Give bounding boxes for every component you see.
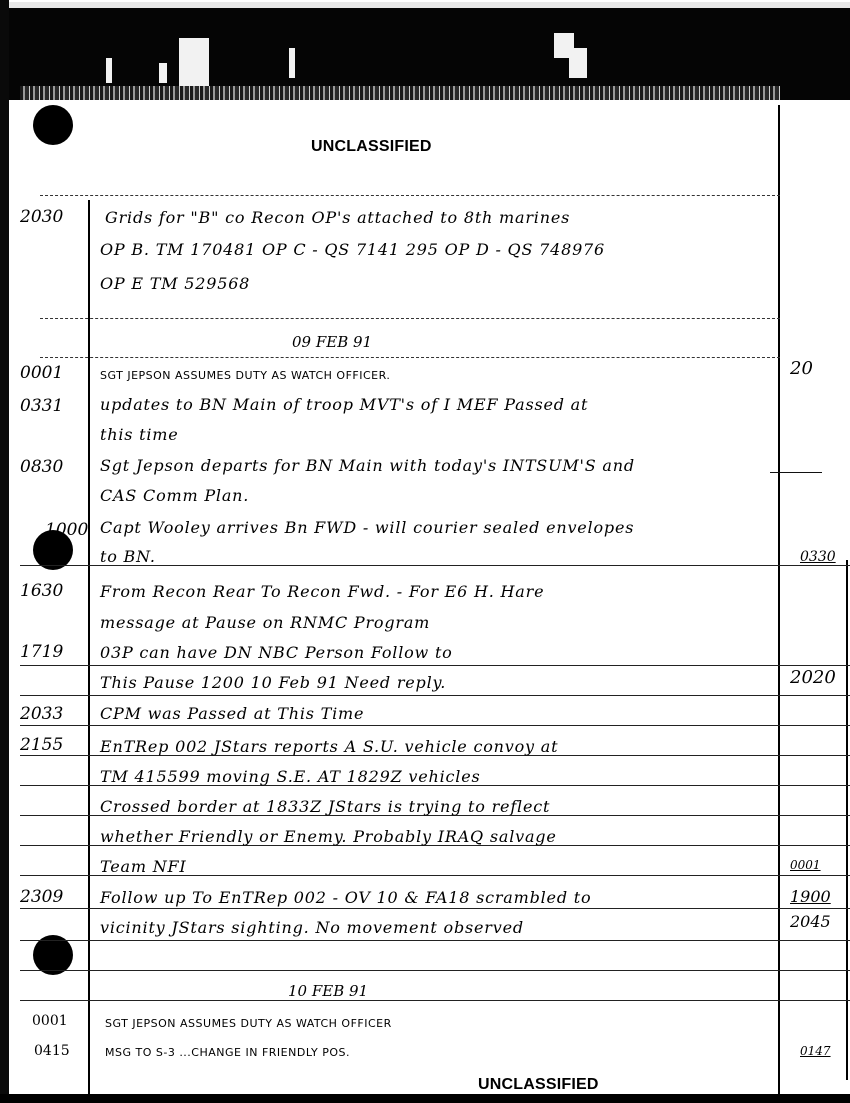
margin-note: 0330 bbox=[800, 549, 836, 565]
date-heading: 10 FEB 91 bbox=[288, 982, 368, 1000]
entry-text: Crossed border at 1833Z JStars is trying… bbox=[100, 797, 550, 816]
margin-note: 0147 bbox=[800, 1044, 831, 1058]
date-heading: 09 FEB 91 bbox=[292, 333, 372, 351]
ruled-line bbox=[20, 970, 850, 971]
entry-text: updates to BN Main of troop MVT's of I M… bbox=[100, 395, 588, 414]
ruled-line bbox=[20, 665, 850, 666]
ruled-line bbox=[20, 940, 850, 941]
entry-time: 1630 bbox=[20, 581, 63, 601]
classification-bottom: UNCLASSIFIED bbox=[478, 1076, 599, 1094]
entry-text: Team NFI bbox=[100, 857, 187, 876]
scan-left-edge bbox=[0, 0, 9, 1103]
entry-time: 2309 bbox=[20, 887, 63, 907]
ruled-line bbox=[40, 195, 780, 196]
entry-time: 1000 bbox=[45, 520, 88, 540]
classification-top: UNCLASSIFIED bbox=[311, 138, 432, 156]
entry-text: Sgt Jepson departs for BN Main with toda… bbox=[100, 456, 635, 475]
entry-text: MSG TO S-3 ...CHANGE IN FRIENDLY POS. bbox=[105, 1046, 350, 1059]
ruled-line bbox=[20, 908, 850, 909]
entry-time: 2155 bbox=[20, 735, 63, 755]
time-column-divider bbox=[88, 200, 90, 1094]
entry-time: 2033 bbox=[20, 704, 63, 724]
entry-time: 0001 bbox=[32, 1013, 68, 1029]
entry-text: OP E TM 529568 bbox=[100, 274, 250, 293]
ruled-line bbox=[20, 725, 850, 726]
ruled-line bbox=[40, 318, 780, 319]
ruled-line bbox=[20, 695, 850, 696]
punch-hole-top bbox=[33, 105, 73, 145]
entry-text: SGT JEPSON ASSUMES DUTY AS WATCH OFFICER… bbox=[100, 369, 390, 382]
entry-text: vicinity JStars sighting. No movement ob… bbox=[100, 918, 524, 937]
margin-note: 2020 bbox=[790, 667, 836, 688]
entry-text: to BN. bbox=[100, 547, 156, 566]
entry-text: CAS Comm Plan. bbox=[100, 486, 249, 505]
page-right-border bbox=[846, 560, 848, 1080]
entry-text: TM 415599 moving S.E. AT 1829Z vehicles bbox=[100, 767, 480, 786]
entry-text: Grids for "B" co Recon OP's attached to … bbox=[105, 208, 570, 227]
entry-text: message at Pause on RNMC Program bbox=[100, 613, 430, 632]
entry-time: 0331 bbox=[20, 396, 63, 416]
margin-note: 20 bbox=[790, 358, 813, 379]
scan-band-noise bbox=[20, 86, 780, 100]
entry-text: Capt Wooley arrives Bn FWD - will courie… bbox=[100, 518, 634, 537]
entry-time: 2030 bbox=[20, 207, 63, 227]
entry-time: 1719 bbox=[20, 642, 63, 662]
entry-text: this time bbox=[100, 425, 179, 444]
ruled-line bbox=[40, 357, 780, 358]
punch-hole-bottom bbox=[33, 935, 73, 975]
entry-text: From Recon Rear To Recon Fwd. - For E6 H… bbox=[100, 582, 544, 601]
entry-text: OP B. TM 170481 OP C - QS 7141 295 OP D … bbox=[100, 240, 605, 259]
entry-text: EnTRep 002 JStars reports A S.U. vehicle… bbox=[100, 737, 558, 756]
ruled-line bbox=[20, 1000, 850, 1001]
margin-note: 0001 bbox=[790, 858, 821, 872]
entry-text: SGT JEPSON ASSUMES DUTY AS WATCH OFFICER bbox=[105, 1017, 392, 1030]
entry-text: whether Friendly or Enemy. Probably IRAQ… bbox=[100, 827, 557, 846]
entry-text: This Pause 1200 10 Feb 91 Need reply. bbox=[100, 673, 446, 692]
margin-tick bbox=[770, 472, 822, 473]
entry-text: Follow up To EnTRep 002 - OV 10 & FA18 s… bbox=[100, 888, 591, 907]
entry-time: 0001 bbox=[20, 363, 63, 383]
entry-text: 03P can have DN NBC Person Follow to bbox=[100, 643, 453, 662]
entry-time: 0830 bbox=[20, 457, 63, 477]
entry-text: CPM was Passed at This Time bbox=[100, 704, 364, 723]
right-margin-divider bbox=[778, 105, 780, 1094]
margin-note: 2045 bbox=[790, 912, 831, 931]
margin-note: 1900 bbox=[790, 887, 831, 906]
scan-bottom-edge bbox=[0, 1094, 850, 1103]
entry-time: 0415 bbox=[34, 1043, 70, 1059]
